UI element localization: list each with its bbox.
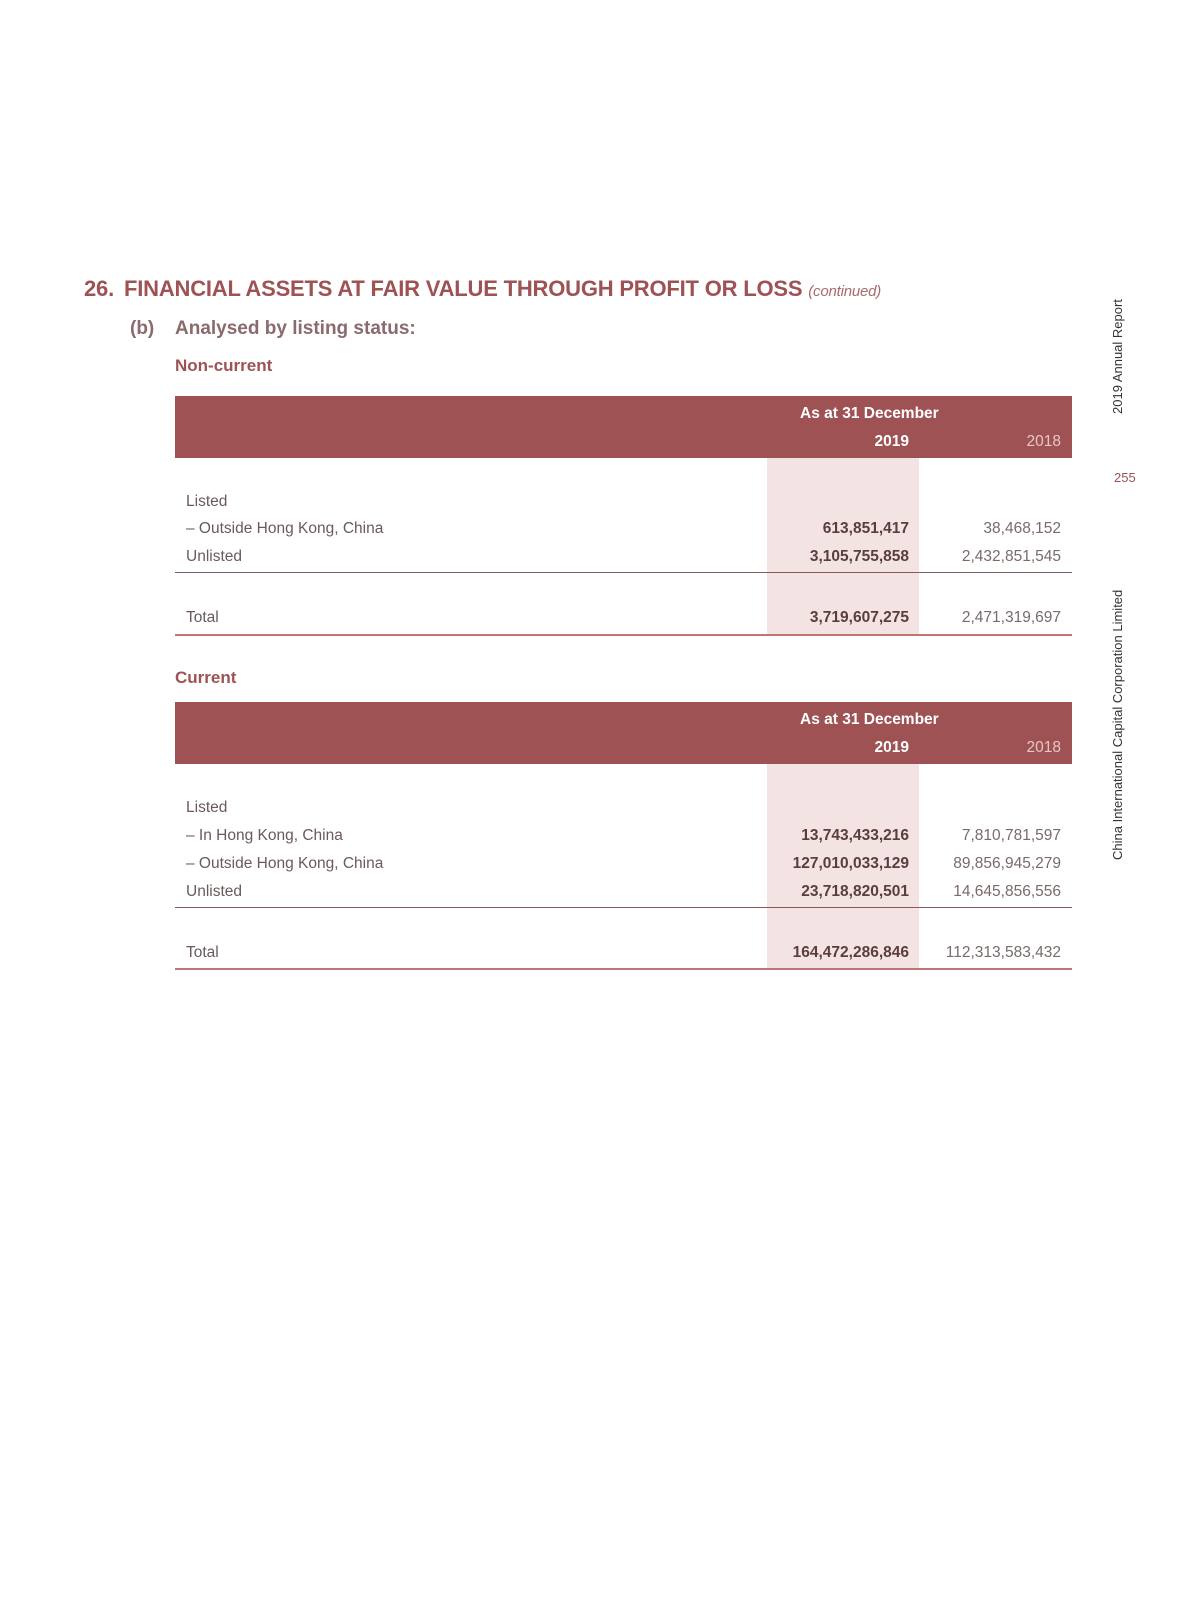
total-row: Total 3,719,607,275 2,471,319,697 bbox=[175, 609, 1072, 633]
value-2018: 14,645,856,556 bbox=[953, 883, 1061, 901]
total-2019: 3,719,607,275 bbox=[810, 609, 909, 627]
value-2019: 613,851,417 bbox=[823, 520, 909, 538]
row-label: – Outside Hong Kong, China bbox=[186, 855, 383, 873]
subheading-label: (b) bbox=[130, 318, 175, 340]
report-title: 2019 Annual Report bbox=[1110, 299, 1125, 414]
page-number: 255 bbox=[1114, 470, 1136, 485]
column-header-2018: 2018 bbox=[1027, 739, 1061, 757]
value-2018: 7,810,781,597 bbox=[962, 827, 1061, 845]
subheading: (b)Analysed by listing status: bbox=[130, 318, 416, 340]
subtotal-rule bbox=[175, 572, 1072, 573]
value-2018: 38,468,152 bbox=[983, 520, 1061, 538]
table-row: Listed bbox=[175, 799, 1072, 823]
section-title: 26.FINANCIAL ASSETS AT FAIR VALUE THROUG… bbox=[84, 276, 881, 302]
non-current-table: As at 31 December 2019 2018 Listed – Out… bbox=[175, 396, 1072, 636]
table-row: – Outside Hong Kong, China 127,010,033,1… bbox=[175, 855, 1072, 879]
row-label: Total bbox=[186, 944, 219, 962]
company-name: China International Capital Corporation … bbox=[1110, 590, 1125, 860]
current-table: As at 31 December 2019 2018 Listed – In … bbox=[175, 702, 1072, 970]
table-header: As at 31 December 2019 2018 bbox=[175, 396, 1072, 458]
table-row: Unlisted 3,105,755,858 2,432,851,545 bbox=[175, 548, 1072, 572]
row-label: – In Hong Kong, China bbox=[186, 827, 343, 845]
continued-note: (continued) bbox=[808, 283, 881, 300]
section-title-text: FINANCIAL ASSETS AT FAIR VALUE THROUGH P… bbox=[124, 276, 802, 301]
total-rule bbox=[175, 634, 1072, 636]
row-label: – Outside Hong Kong, China bbox=[186, 520, 383, 538]
subheading-text: Analysed by listing status: bbox=[175, 318, 416, 339]
as-at-label: As at 31 December bbox=[800, 711, 1050, 729]
non-current-label: Non-current bbox=[175, 356, 272, 376]
total-row: Total 164,472,286,846 112,313,583,432 bbox=[175, 944, 1072, 968]
subtotal-rule bbox=[175, 907, 1072, 908]
row-label: Listed bbox=[186, 799, 227, 817]
row-label: Unlisted bbox=[186, 883, 242, 901]
value-2018: 2,432,851,545 bbox=[962, 548, 1061, 566]
table-row: – In Hong Kong, China 13,743,433,216 7,8… bbox=[175, 827, 1072, 851]
section-number: 26. bbox=[84, 276, 114, 301]
total-2018: 112,313,583,432 bbox=[946, 944, 1061, 962]
column-header-2019: 2019 bbox=[875, 433, 909, 451]
value-2019: 13,743,433,216 bbox=[801, 827, 909, 845]
value-2019: 23,718,820,501 bbox=[801, 883, 909, 901]
value-2018: 89,856,945,279 bbox=[953, 855, 1061, 873]
row-label: Unlisted bbox=[186, 548, 242, 566]
table-row: – Outside Hong Kong, China 613,851,417 3… bbox=[175, 520, 1072, 544]
total-2019: 164,472,286,846 bbox=[793, 944, 909, 962]
table-row: Listed bbox=[175, 493, 1072, 517]
row-label: Listed bbox=[186, 493, 227, 511]
as-at-label: As at 31 December bbox=[800, 405, 1050, 423]
value-2019: 3,105,755,858 bbox=[810, 548, 909, 566]
column-header-2018: 2018 bbox=[1027, 433, 1061, 451]
table-row: Unlisted 23,718,820,501 14,645,856,556 bbox=[175, 883, 1072, 907]
column-header-2019: 2019 bbox=[875, 739, 909, 757]
total-rule bbox=[175, 968, 1072, 970]
table-header: As at 31 December 2019 2018 bbox=[175, 702, 1072, 764]
row-label: Total bbox=[186, 609, 219, 627]
value-2019: 127,010,033,129 bbox=[793, 855, 909, 873]
current-label: Current bbox=[175, 668, 236, 688]
total-2018: 2,471,319,697 bbox=[962, 609, 1061, 627]
